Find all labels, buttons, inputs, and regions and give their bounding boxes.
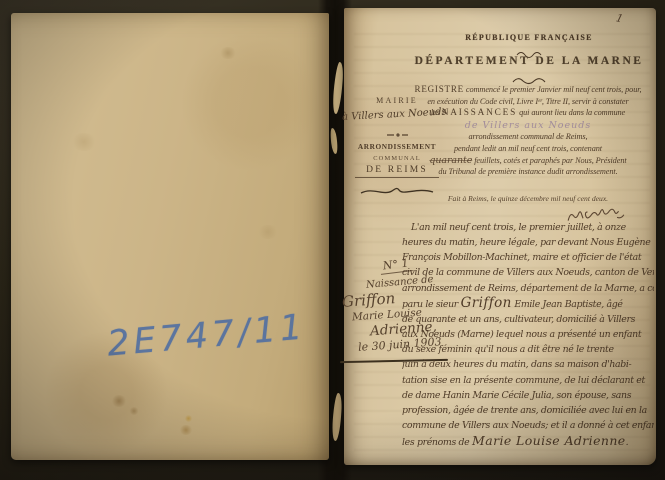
registre-line: REGISTRE commencé le premier Janvier mil… xyxy=(402,84,654,96)
act-line: profession, âgée de trente ans, domicili… xyxy=(402,403,654,418)
act-line: les prénoms de Marie Louise Adrienne. xyxy=(402,433,654,450)
registre-line: du Tribunal de première instance dudit a… xyxy=(402,166,654,178)
registre-paragraph: REGISTRE commencé le premier Janvier mil… xyxy=(402,84,654,178)
paper-stain xyxy=(129,407,139,415)
act-line: arrondissement de Reims, département de … xyxy=(402,281,654,296)
act-margin-surname: Griffon xyxy=(341,289,395,311)
child-given-names: Marie Louise Adrienne xyxy=(472,433,626,448)
act-line: heures du matin, heure légale, par devan… xyxy=(402,235,654,250)
paper-stain xyxy=(185,415,192,422)
act-line: de quarante et un ans, cultivateur, domi… xyxy=(402,312,654,327)
registre-line: pendant ledit an mil neuf cent trois, co… xyxy=(402,143,654,155)
department-title: DÉPARTEMENT DE LA MARNE xyxy=(404,55,654,67)
act-line: juin à deux heures du matin, dans sa mai… xyxy=(402,357,654,372)
act-line: tation sise en la présente commune, de l… xyxy=(402,373,654,388)
act-line: du sexe féminin qu'il nous a dit être né… xyxy=(402,342,654,357)
paper-stain xyxy=(219,47,237,59)
feuillets-count-handwritten: quarante xyxy=(429,155,472,166)
registre-line: quarante feuillets, cotés et paraphés pa… xyxy=(402,155,654,167)
left-page: 2E747/11 xyxy=(11,13,329,460)
fait-a-reims-line: Fait à Reims, le quinze décembre mil neu… xyxy=(402,194,654,203)
act-line: civil de la commune de Villers aux Noeud… xyxy=(402,265,654,280)
paper-stain xyxy=(257,225,279,239)
right-page: 1 RÉPUBLIQUE FRANÇAISE DÉPARTEMENT DE LA… xyxy=(344,8,656,465)
paper-stain xyxy=(179,425,193,435)
declared-father-name: Griffon xyxy=(461,295,512,311)
birth-act-text: L'an mil neuf cent trois, le premier jui… xyxy=(402,220,654,450)
registre-line: les NAISSANCES qui auront lieu dans la c… xyxy=(402,107,654,120)
registre-line: en exécution du Code civil, Livre Iᵉʳ, T… xyxy=(402,96,654,108)
act-line: de dame Hanin Marie Cécile Julia, son ép… xyxy=(402,388,654,403)
act-line: paru le sieur Griffon Emile Jean Baptist… xyxy=(402,296,654,312)
paper-stain xyxy=(111,395,127,407)
act-line: L'an mil neuf cent trois, le premier jui… xyxy=(402,220,654,235)
republic-title: RÉPUBLIQUE FRANÇAISE xyxy=(404,33,654,42)
act-line: François Mobillon-Machinet, maire et off… xyxy=(402,250,654,265)
act-line: commune de Villers aux Noeuds; et il a d… xyxy=(402,418,654,433)
page-number: 1 xyxy=(615,11,625,25)
registre-commune-handwritten: de Villers aux Noeuds xyxy=(402,120,654,132)
registre-line: arrondissement communal de Reims, xyxy=(402,131,654,143)
act-line: aux Noeuds (Marne) lequel nous a présent… xyxy=(402,327,654,342)
archive-reference: 2E747/11 xyxy=(106,307,308,364)
paper-stain xyxy=(71,133,97,151)
